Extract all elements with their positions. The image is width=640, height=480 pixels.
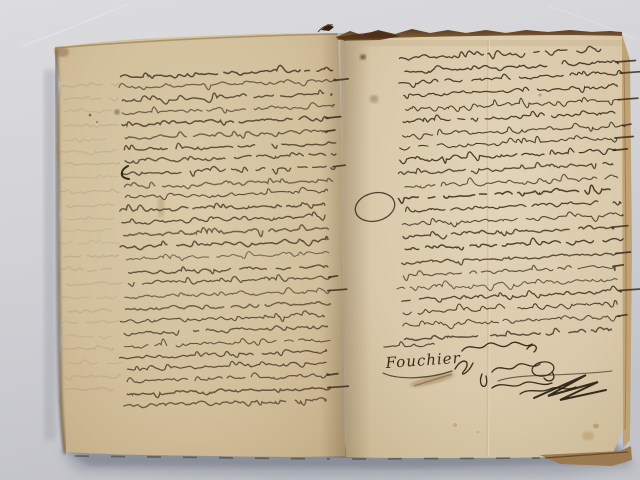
- paper-stain: [360, 54, 366, 59]
- paper-stain: [370, 95, 379, 103]
- top-fold-band: [346, 40, 622, 46]
- paper-stain: [582, 432, 594, 441]
- gutter-shadow-right: [345, 36, 371, 458]
- paper-stain: [538, 93, 541, 96]
- paper-stain: [477, 431, 480, 434]
- photo-canvas: Fouchier: [0, 0, 640, 480]
- paper-stain: [593, 424, 599, 429]
- paper-stain: [89, 114, 92, 117]
- paper-stain: [55, 47, 69, 57]
- vertical-crease-shadow: [487, 40, 488, 456]
- left-edge-shadow: [44, 70, 56, 440]
- paper-stain: [453, 423, 457, 427]
- gutter-shadow-left: [320, 33, 345, 458]
- manuscript-photo: Fouchier: [0, 0, 640, 480]
- paper-stain: [96, 121, 98, 123]
- paper-stain: [114, 110, 119, 115]
